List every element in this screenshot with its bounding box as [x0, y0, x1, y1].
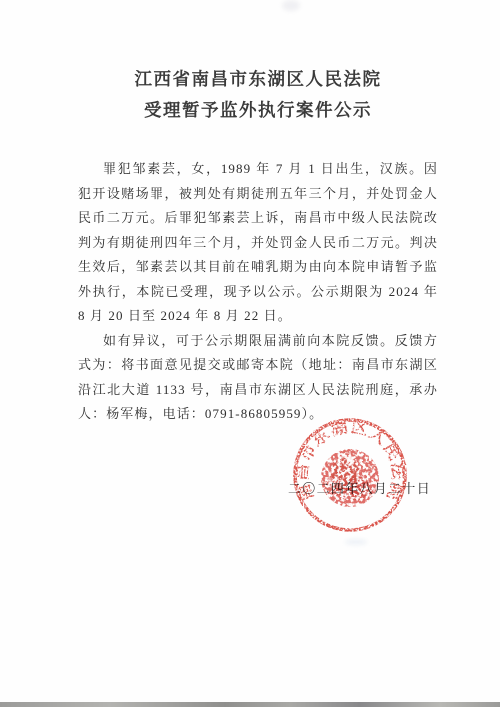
star-icon	[343, 452, 356, 465]
official-seal: 南昌市东湖区人民法院	[285, 410, 415, 540]
scan-artifact-top	[282, 0, 300, 11]
court-seal-icon: 南昌市东湖区人民法院	[285, 410, 415, 540]
title-line-1: 江西省南昌市东湖区人民法院	[78, 64, 438, 95]
document-page: 江西省南昌市东湖区人民法院 受理暂予监外执行案件公示 罪犯邹素芸，女，1989 …	[0, 0, 500, 707]
document-body: 罪犯邹素芸，女，1989 年 7 月 1 日出生，汉族。因犯开设赌场罪，被判处有…	[78, 157, 438, 427]
scan-artifact-mid	[345, 539, 367, 545]
body-paragraph-2: 如有异议，可于公示期限届满前向本院反馈。反馈方式为：将书面意见提交或邮寄本院（地…	[78, 329, 438, 427]
document-date: 二〇二四年八月二十日	[288, 478, 431, 497]
seal-ring	[295, 420, 405, 530]
body-paragraph-1: 罪犯邹素芸，女，1989 年 7 月 1 日出生，汉族。因犯开设赌场罪，被判处有…	[78, 157, 438, 329]
scan-edge-bottom	[0, 702, 500, 707]
title-line-2: 受理暂予监外执行案件公示	[78, 95, 438, 126]
document-title: 江西省南昌市东湖区人民法院 受理暂予监外执行案件公示	[78, 64, 438, 126]
